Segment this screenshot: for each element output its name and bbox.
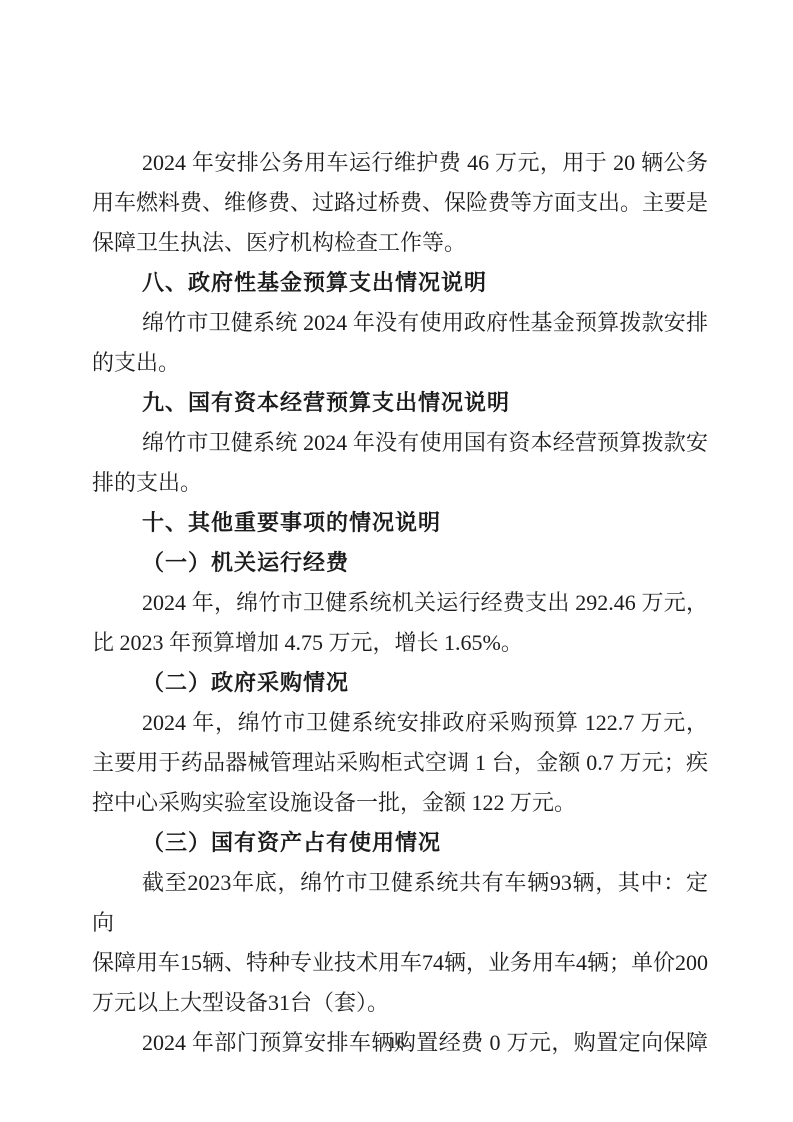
section-heading: 九、国有资本经营预算支出情况说明 bbox=[92, 383, 708, 423]
body-text-line: 排的支出。 bbox=[92, 463, 708, 503]
body-text-line: 保障卫生执法、医疗机构检查工作等。 bbox=[92, 223, 708, 263]
body-text-line: 绵竹市卫健系统 2024 年没有使用政府性基金预算拨款安排 bbox=[92, 303, 708, 343]
document-page: 2024 年安排公务用车运行维护费 46 万元，用于 20 辆公务用车燃料费、维… bbox=[0, 0, 793, 1122]
subsection-heading: （一）机关运行经费 bbox=[92, 543, 708, 583]
section-heading: 十、其他重要事项的情况说明 bbox=[92, 503, 708, 543]
body-text-line: 保障用车15辆、特种专业技术用车74辆，业务用车4辆；单价200 bbox=[92, 943, 708, 983]
subsection-heading: （三）国有资产占有使用情况 bbox=[92, 823, 708, 863]
body-text-line: 截至2023年底，绵竹市卫健系统共有车辆93辆，其中：定向 bbox=[92, 863, 708, 943]
body-text-line: 2024 年安排公务用车运行维护费 46 万元，用于 20 辆公务 bbox=[92, 143, 708, 183]
body-text-line: 2024 年，绵竹市卫健系统安排政府采购预算 122.7 万元， bbox=[92, 703, 708, 743]
body-text-line: 主要用于药品器械管理站采购柜式空调 1 台，金额 0.7 万元；疾 bbox=[92, 743, 708, 783]
page-number: 16 bbox=[0, 1032, 793, 1056]
body-text-line: 绵竹市卫健系统 2024 年没有使用国有资本经营预算拨款安 bbox=[92, 423, 708, 463]
body-text-line: 的支出。 bbox=[92, 343, 708, 383]
body-text-line: 万元以上大型设备31台（套）。 bbox=[92, 983, 708, 1023]
subsection-heading: （二）政府采购情况 bbox=[92, 663, 708, 703]
section-heading: 八、政府性基金预算支出情况说明 bbox=[92, 263, 708, 303]
body-text-line: 控中心采购实验室设施设备一批，金额 122 万元。 bbox=[92, 783, 708, 823]
body-text-line: 比 2023 年预算增加 4.75 万元，增长 1.65%。 bbox=[92, 623, 708, 663]
body-text-line: 2024 年，绵竹市卫健系统机关运行经费支出 292.46 万元， bbox=[92, 583, 708, 623]
body-text-line: 用车燃料费、维修费、过路过桥费、保险费等方面支出。主要是 bbox=[92, 183, 708, 223]
document-content: 2024 年安排公务用车运行维护费 46 万元，用于 20 辆公务用车燃料费、维… bbox=[92, 143, 708, 1063]
